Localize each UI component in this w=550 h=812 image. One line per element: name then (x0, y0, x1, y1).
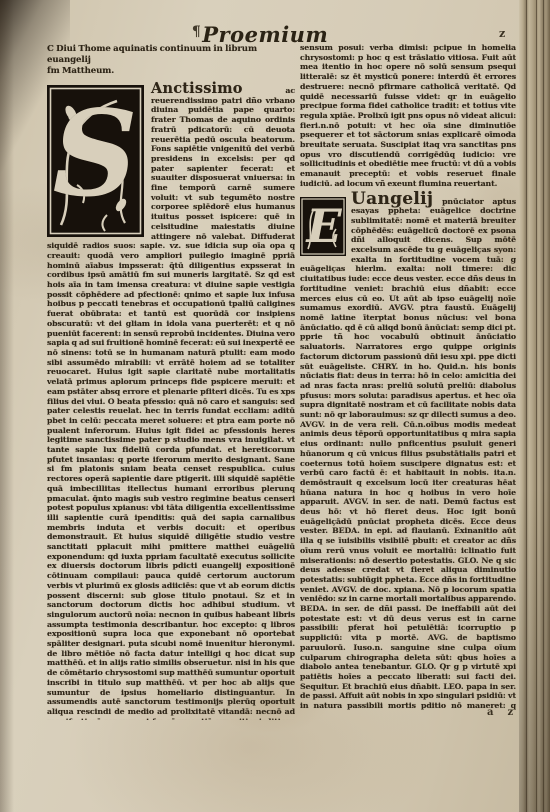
signature-a: a (487, 707, 493, 718)
initial-letter-s: S (52, 85, 137, 223)
signature-mark: a z (487, 707, 513, 718)
initial-e-woodcut: E (300, 197, 346, 256)
incipit-word: Anctissimo (151, 80, 243, 97)
page: ¶Proemium z C Diui Thome aquinatis conti… (0, 0, 519, 812)
page-edge-line (526, 0, 527, 812)
book-scan: ¶Proemium z C Diui Thome aquinatis conti… (0, 0, 550, 812)
page-edge-line (536, 0, 537, 812)
work-title-line1: C Diui Thome aquinatis continuum in libr… (47, 44, 257, 65)
page-edge-line (543, 0, 544, 812)
gutter-shadow (0, 0, 14, 812)
commentary-body: pnūciator aptus esayas ppheta: euāgelice… (300, 197, 516, 711)
work-title: C Diui Thome aquinatis continuum in libr… (47, 44, 295, 77)
dedication-text: S Anctissimo ac reuerendissimo patri dño… (47, 84, 295, 720)
initial-s-woodcut: S (47, 85, 144, 237)
commentary-text: E Uangelij pnūciator aptus esayas ppheta… (300, 195, 516, 711)
right-column: sensum posui: verba dimisi: pcipue in ho… (300, 43, 516, 711)
book-fore-edge (519, 0, 550, 812)
dedication-continuation: sensum posui: verba dimisi: pcipue in ho… (300, 43, 516, 189)
folio-number: z (499, 27, 505, 40)
initial-letter-e: E (305, 199, 343, 253)
work-title-line2: fm Mattheum. (47, 66, 114, 76)
signature-z: z (507, 707, 513, 718)
left-column: C Diui Thome aquinatis continuum in libr… (47, 44, 295, 720)
pilcrow-ornament-icon: ¶ (192, 24, 201, 40)
